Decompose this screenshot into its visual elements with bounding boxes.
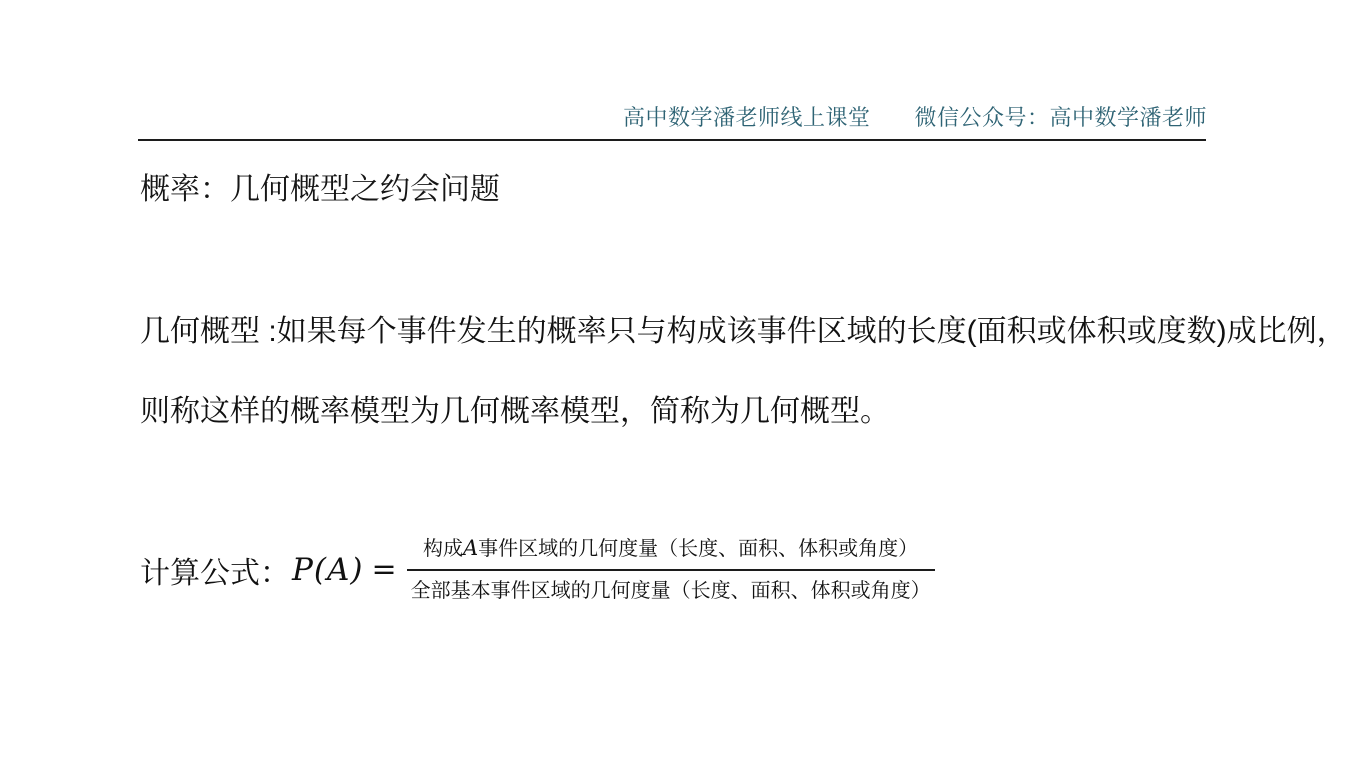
formula-label: 计算公式：	[140, 548, 290, 592]
header-course-title: 高中数学潘老师线上课堂	[623, 105, 871, 130]
definition-text-line1: 几何概型 :如果每个事件发生的概率只与构成该事件区域的长度(面积或体积或度数)成…	[140, 313, 1347, 351]
definition-text-line2: 则称这样的概率模型为几何概率模型，简称为几何概型。	[140, 393, 890, 431]
page-title: 概率：几何概型之约会问题	[140, 171, 500, 209]
header-branding: 高中数学潘老师线上课堂微信公众号：高中数学潘老师	[623, 101, 1207, 132]
fraction-numerator: 构成A事件区域的几何度量（长度、面积、体积或角度）	[407, 535, 935, 571]
formula: 计算公式： P(A) = 构成A事件区域的几何度量（长度、面积、体积或角度） 全…	[140, 535, 935, 604]
formula-lhs: P(A)	[292, 552, 363, 588]
fraction-denominator: 全部基本事件区域的几何度量（长度、面积、体积或角度）	[407, 571, 935, 604]
numerator-prefix: 构成	[423, 538, 463, 560]
header-divider-line	[138, 139, 1206, 141]
formula-fraction: 构成A事件区域的几何度量（长度、面积、体积或角度） 全部基本事件区域的几何度量（…	[407, 535, 935, 604]
numerator-suffix: 事件区域的几何度量（长度、面积、体积或角度）	[478, 538, 918, 560]
formula-equals-sign: =	[371, 552, 396, 587]
numerator-variable: A	[463, 536, 478, 560]
slide-page: 高中数学潘老师线上课堂微信公众号：高中数学潘老师 概率：几何概型之约会问题 几何…	[0, 0, 1366, 768]
header-wechat-label: 微信公众号：高中数学潘老师	[914, 105, 1207, 130]
